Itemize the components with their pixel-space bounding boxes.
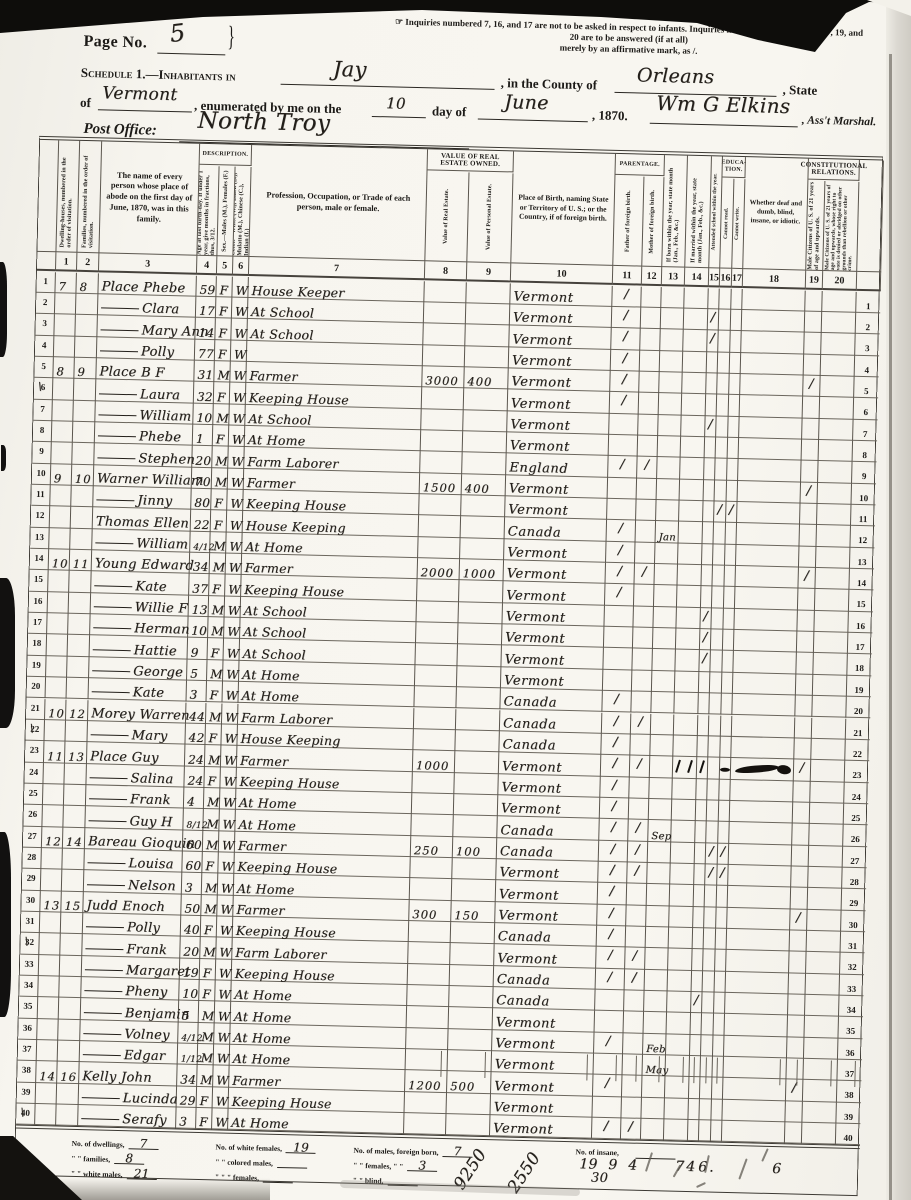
- cell-real-estate-value: [415, 665, 458, 687]
- handwritten-text: Vermont: [511, 396, 571, 412]
- handwritten-text: Vermont: [501, 802, 561, 818]
- cell-dwelling-number: [53, 378, 75, 400]
- cell-vote-denied: [810, 781, 845, 803]
- column-number-1: 1: [56, 252, 77, 272]
- affirmative-mark: /: [613, 735, 618, 750]
- cell-vote-denied: [814, 632, 849, 654]
- row-number: 14: [30, 553, 48, 563]
- column-label: Attended school within the year.: [712, 173, 720, 250]
- cell-family-number: [67, 656, 90, 678]
- cell-color: W: [220, 788, 237, 810]
- cell-personal-estate-value: 100: [453, 837, 498, 859]
- cell-color: W: [217, 895, 234, 917]
- cell-family-number: [71, 507, 94, 529]
- cell-family-number: [67, 678, 90, 700]
- cell-father-foreign: /: [602, 691, 632, 713]
- cell-personal-estate-value: [463, 410, 508, 432]
- row-number: 2: [856, 322, 880, 333]
- ditto-dash: [83, 1033, 121, 1035]
- cell-birth-month: [661, 308, 685, 330]
- column-header-3: The name of every person whose place of …: [99, 141, 200, 255]
- cell-birth-month: [644, 1012, 668, 1034]
- cell-vote-denied: [814, 611, 849, 633]
- cell-mother-foreign: /: [634, 564, 655, 586]
- cell-cannot-write: [723, 630, 735, 652]
- grid-stub: [716, 1058, 718, 1084]
- cell-age: 24: [185, 745, 206, 767]
- cell-age: 60: [183, 830, 204, 852]
- cell-birthplace: Canada: [497, 816, 599, 840]
- row-number-right: 10: [851, 483, 876, 505]
- cell-birthplace: Vermont: [496, 881, 598, 905]
- row-number-left: 23: [25, 741, 45, 763]
- row-number: 22: [845, 749, 869, 760]
- signature-underline: [650, 123, 798, 128]
- cell-real-estate-value: [421, 430, 464, 452]
- handwritten-text: 14: [39, 1069, 56, 1083]
- cell-birth-month: [645, 970, 669, 992]
- handwritten-text: W: [234, 348, 247, 362]
- cell-color: W: [217, 916, 234, 938]
- ditto-dash: [99, 393, 137, 395]
- handwritten-text: 9: [54, 471, 63, 485]
- cell-name: Clara: [98, 294, 196, 318]
- cell-cannot-write: /: [717, 865, 729, 887]
- column-label: Father of foreign birth.: [624, 190, 632, 252]
- cell-birthplace: Vermont: [509, 326, 611, 350]
- affirmative-mark: /: [729, 503, 734, 518]
- handwritten-text: Vermont: [505, 631, 565, 647]
- handwritten-text: W: [224, 753, 237, 767]
- handwritten-text: 20: [195, 453, 211, 467]
- cell-cannot-write: [731, 310, 743, 332]
- row-number-left: 12: [31, 506, 51, 528]
- cell-name: Young Edward: [92, 550, 190, 574]
- cell-sex: M: [208, 617, 225, 639]
- day-underline: [372, 116, 426, 118]
- grid-stub: [854, 1061, 856, 1087]
- handwritten-text: 10: [48, 706, 65, 720]
- cell-personal-estate-value: [455, 751, 500, 773]
- row-number: 12: [851, 535, 875, 546]
- cell-father-foreign: [603, 670, 633, 692]
- cell-color: W: [216, 959, 233, 981]
- row-number-right: 16: [848, 611, 873, 633]
- handwritten-text: 40: [184, 923, 200, 937]
- cell-deaf-dumb-blind: [737, 502, 801, 525]
- cell-birth-month: [656, 500, 680, 522]
- row-number-right: 15: [849, 590, 874, 612]
- cell-male-citizen: [802, 418, 820, 440]
- column-label: Male Citizens of U. S. of 21 years of ag…: [826, 181, 857, 271]
- handwritten-text: 34: [193, 560, 209, 574]
- cell-birthplace: Canada: [500, 710, 602, 734]
- cell-cannot-read: [704, 907, 717, 929]
- cell-mother-foreign: [633, 628, 654, 650]
- cell-attended-school: [690, 1013, 702, 1035]
- cell-attended-school: [693, 907, 705, 929]
- cell-birth-month: [651, 692, 675, 714]
- cell-birth-month: [646, 906, 670, 928]
- cell-male-citizen: /: [803, 375, 821, 397]
- cell-birth-month: [647, 884, 671, 906]
- cell-father-foreign: [603, 648, 633, 670]
- row-number-left: 40\: [16, 1104, 36, 1126]
- enumerator-check-mark: \: [20, 1106, 24, 1119]
- affirmative-mark: /: [806, 483, 811, 498]
- cell-personal-estate-value: [460, 538, 505, 560]
- cell-mother-foreign: [633, 606, 654, 628]
- cell-attended-school: /: [707, 330, 719, 352]
- summary-value: 7: [128, 1138, 158, 1150]
- handwritten-text: W: [221, 881, 234, 895]
- affirmative-mark: /: [635, 821, 640, 836]
- cell-age: 3: [176, 1108, 197, 1130]
- handwritten-text: At Home: [234, 1009, 292, 1025]
- cell-birthplace: Vermont: [496, 859, 598, 883]
- cell-married-month: [677, 565, 702, 587]
- cell-dwelling-number: 8: [53, 357, 75, 379]
- cell-sex: M: [203, 831, 220, 853]
- handwritten-text: Canada: [498, 930, 552, 946]
- cell-family-number: [73, 422, 96, 444]
- handwritten-text: Vermont: [510, 439, 570, 455]
- cell-personal-estate-value: [454, 794, 499, 816]
- cell-name: Frank: [86, 785, 184, 809]
- cell-male-citizen: [803, 397, 821, 419]
- column-tally-c12: 9: [608, 1157, 618, 1173]
- cell-vote-denied: [811, 760, 846, 782]
- cell-cannot-write: [716, 929, 728, 951]
- handwritten-text: At Home: [248, 432, 306, 448]
- handwritten-text: Vermont: [496, 1015, 556, 1031]
- handwritten-text: At Home: [233, 1030, 291, 1046]
- cell-vote-denied: [808, 888, 843, 910]
- cell-birthplace: Canada: [495, 923, 597, 947]
- cell-personal-estate-value: [454, 773, 499, 795]
- cell-male-citizen: [804, 333, 822, 355]
- cell-married-month: [671, 821, 696, 843]
- cell-color: W: [213, 1087, 230, 1109]
- cell-name: Benjamin: [81, 998, 179, 1022]
- cell-age: 22: [191, 510, 212, 532]
- cell-personal-estate-value: [451, 922, 496, 944]
- cell-age: 24: [184, 766, 205, 788]
- scan-black-edge-left: [1, 445, 6, 471]
- handwritten-text: Farmer: [247, 475, 296, 491]
- cell-attended-school: [695, 821, 707, 843]
- handwritten-text: F: [202, 987, 211, 1001]
- cell-cannot-write: [728, 416, 740, 438]
- cell-married-month: [664, 1120, 689, 1142]
- cell-age: 77: [195, 339, 216, 361]
- cell-vote-denied: [811, 739, 846, 761]
- handwritten-text: 24: [188, 752, 204, 766]
- cell-color: W: [218, 874, 235, 896]
- cell-age: 8/12: [183, 809, 204, 831]
- column-header-9: Value of Personal Estate.: [467, 172, 513, 263]
- cell-cannot-read: [703, 971, 716, 993]
- cell-mother-foreign: [637, 478, 658, 500]
- cell-name: Stephen: [94, 444, 192, 468]
- cell-deaf-dumb-blind: [729, 822, 793, 845]
- cell-family-number: 12: [66, 699, 89, 721]
- summary-value: 19: [286, 1142, 316, 1154]
- cell-birthplace: Vermont: [498, 774, 600, 798]
- row-number: 20: [27, 681, 45, 691]
- column-number-17: 17: [732, 269, 743, 288]
- cell-married-month: [680, 458, 705, 480]
- cell-married-month: [676, 607, 701, 629]
- handwritten-text: W: [231, 454, 244, 468]
- cell-married-month: [667, 1013, 692, 1035]
- cell-male-citizen: [793, 802, 811, 824]
- cell-vote-denied: [819, 419, 854, 441]
- ditto-dash: [100, 350, 138, 352]
- cell-color: W: [227, 490, 244, 512]
- cell-deaf-dumb-blind: [736, 523, 800, 546]
- affirmative-mark: /: [608, 927, 613, 942]
- cell-real-estate-value: [419, 516, 462, 538]
- person-name: Place B F: [99, 365, 165, 382]
- row-number-left: 27: [23, 826, 43, 848]
- row-number-left: 28: [22, 848, 42, 870]
- cell-dwelling-number: [54, 314, 76, 336]
- handwritten-text: 1: [196, 432, 204, 446]
- cell-male-citizen: /: [794, 760, 812, 782]
- handwritten-text: W: [235, 305, 248, 319]
- affirmative-mark: /: [637, 757, 642, 772]
- cell-personal-estate-value: [459, 581, 504, 603]
- ditto-dash: [94, 606, 132, 608]
- cell-birthplace: Canada: [505, 518, 607, 542]
- cell-age: 5: [187, 659, 208, 681]
- cell-male-citizen: [805, 290, 823, 312]
- handwritten-text: At Home: [238, 816, 296, 832]
- cell-male-citizen: [785, 1101, 803, 1123]
- affirmative-mark: /: [609, 884, 614, 899]
- handwritten-text: 16: [60, 1069, 77, 1083]
- cell-personal-estate-value: [453, 815, 498, 837]
- handwritten-text: W: [220, 924, 233, 938]
- cell-age: 10: [188, 617, 209, 639]
- cell-attended-school: /: [705, 416, 717, 438]
- handwritten-text: 1000: [463, 567, 497, 582]
- row-number-left: 18: [28, 634, 48, 656]
- cell-personal-estate-value: [457, 645, 502, 667]
- handwritten-text: Vermont: [501, 780, 561, 796]
- row-number: 7: [853, 428, 877, 439]
- cell-father-foreign: /: [606, 541, 636, 563]
- cell-color: W: [230, 361, 247, 383]
- cell-personal-estate-value: [461, 517, 506, 539]
- cell-sex: F: [201, 916, 218, 938]
- cell-color: W: [222, 682, 239, 704]
- column-header-4: Age at last birth-day. If under 1 year, …: [197, 166, 219, 256]
- cell-mother-foreign: [621, 1097, 642, 1119]
- row-number: 26: [24, 809, 42, 819]
- affirmative-mark: /: [635, 842, 640, 857]
- cell-cannot-read: [705, 886, 718, 908]
- cell-attended-school: [705, 437, 717, 459]
- cell-male-citizen: [796, 674, 814, 696]
- row-number-right: 7: [853, 419, 878, 441]
- cell-male-citizen: [798, 589, 816, 611]
- cell-male-citizen: /: [798, 568, 816, 590]
- handwritten-text: M: [212, 603, 225, 617]
- cell-father-foreign: /: [611, 349, 641, 371]
- cell-deaf-dumb-blind: [730, 779, 794, 802]
- cell-father-foreign: /: [599, 819, 629, 841]
- cell-attended-school: [702, 523, 714, 545]
- cell-deaf-dumb-blind: [728, 886, 792, 909]
- birth-month: Sep: [651, 831, 671, 842]
- cell-cannot-write: [731, 288, 743, 310]
- row-number-left: 24: [24, 762, 44, 784]
- cell-male-citizen: [794, 738, 812, 760]
- row-number: 20: [846, 706, 870, 717]
- cell-birthplace: Vermont: [495, 902, 597, 926]
- margin-number-cell: [37, 252, 56, 271]
- cell-attended-school: [698, 715, 710, 737]
- column-group-header: VALUE OF REAL ESTATE OWNED.: [428, 149, 514, 172]
- affirmative-mark: /: [621, 393, 626, 408]
- cell-name: Guy H: [85, 806, 183, 830]
- affirmative-mark: /: [618, 521, 623, 536]
- row-number-right: 27: [843, 846, 868, 868]
- cell-sex: F: [215, 340, 232, 362]
- cell-age: 9: [188, 638, 209, 660]
- cell-dwelling-number: 10: [49, 549, 71, 571]
- ditto-dash: [93, 649, 131, 651]
- row-number-right: 6: [854, 398, 879, 420]
- cell-male-citizen: [804, 354, 822, 376]
- handwritten-text: At School: [251, 304, 315, 321]
- cell-birthplace: Vermont: [508, 368, 610, 392]
- column-label: Cannot write.: [735, 207, 741, 240]
- handwritten-text: M: [203, 945, 216, 959]
- cell-cannot-write: [727, 480, 739, 502]
- cell-mother-foreign: [634, 585, 655, 607]
- ditto-dash: [98, 436, 136, 438]
- column-tally-c18: .: [709, 1160, 714, 1176]
- cell-deaf-dumb-blind: [739, 438, 803, 461]
- page-number-label: Page No.: [83, 33, 147, 53]
- cell-mother-foreign: /: [628, 841, 649, 863]
- cell-name: Salina: [86, 764, 184, 788]
- row-number: 7: [33, 403, 51, 413]
- handwritten-text: 44: [189, 710, 205, 724]
- of-label: of: [80, 95, 91, 111]
- handwritten-text: 20: [183, 944, 199, 958]
- row-number: 4: [35, 339, 53, 349]
- handwritten-text: 400: [467, 375, 492, 390]
- handwritten-text: 500: [450, 1079, 475, 1094]
- affirmative-mark: /: [617, 564, 622, 579]
- enumerator-check-mark: \: [24, 935, 28, 948]
- column-label: Age at last birth-day. If under 1 year, …: [197, 166, 219, 255]
- handwritten-text: W: [220, 902, 233, 916]
- cell-cannot-read: [715, 459, 728, 481]
- cell-family-number: [69, 571, 92, 593]
- cell-mother-foreign: /: [627, 862, 648, 884]
- column-label: Value of Real Estate.: [443, 189, 451, 244]
- affirmative-mark: /: [613, 756, 618, 771]
- column-label: If born within the year, state month (Ja…: [667, 160, 683, 262]
- cell-sex: M: [202, 873, 219, 895]
- cell-sex: F: [196, 1108, 213, 1130]
- cell-deaf-dumb-blind: [740, 395, 804, 418]
- handwritten-text: F: [218, 326, 227, 340]
- cell-male-citizen: [805, 311, 823, 333]
- handwritten-text: F: [205, 859, 214, 873]
- cell-name: Mary: [87, 721, 185, 745]
- cell-sex: M: [210, 532, 227, 554]
- cell-name: Morey Warren: [88, 700, 186, 724]
- cell-cannot-read: [709, 715, 722, 737]
- handwritten-text: 42: [188, 731, 204, 745]
- cell-married-month: [670, 885, 695, 907]
- cell-sex: M: [201, 895, 218, 917]
- cell-sex: F: [216, 276, 233, 298]
- handwritten-text: 9: [77, 365, 86, 379]
- cell-deaf-dumb-blind: [726, 972, 790, 995]
- cell-father-foreign: [604, 606, 634, 628]
- row-number-left: 35: [19, 997, 39, 1019]
- cell-age: 59: [196, 275, 217, 297]
- cell-dwelling-number: [50, 507, 72, 529]
- column-number-6: 6: [233, 257, 249, 276]
- affirmative-mark: /: [617, 585, 622, 600]
- column-tally-c11: 19: [579, 1156, 598, 1172]
- handwritten-text: F: [204, 923, 213, 937]
- row-number: 31: [21, 916, 39, 926]
- column-header-12: Mother of foreign birth.: [642, 177, 664, 267]
- handwritten-text: At Home: [237, 881, 295, 897]
- cell-cannot-write: [717, 886, 729, 908]
- cell-male-citizen: [802, 439, 820, 461]
- cell-vote-denied: [822, 291, 857, 313]
- handwritten-text: 19: [183, 966, 199, 980]
- cell-attended-school: /: [700, 608, 712, 630]
- affirmative-mark: /: [644, 458, 649, 473]
- cell-age: 10: [193, 403, 214, 425]
- handwritten-text: England: [509, 460, 568, 476]
- cell-dwelling-number: 12: [42, 827, 64, 849]
- cell-dwelling-number: [48, 592, 70, 614]
- cell-age: 37: [189, 574, 210, 596]
- month-value: June: [504, 91, 549, 114]
- cell-attended-school: [707, 352, 719, 374]
- cell-mother-foreign: [629, 798, 650, 820]
- cell-dwelling-number: [48, 571, 70, 593]
- cell-dwelling-number: [41, 869, 63, 891]
- cell-age: 44: [186, 702, 207, 724]
- cell-deaf-dumb-blind: [735, 566, 799, 589]
- cell-deaf-dumb-blind: [739, 417, 803, 440]
- cell-cannot-read: [707, 800, 720, 822]
- cell-deaf-dumb-blind: [732, 694, 796, 717]
- affirmative-mark: /: [800, 761, 805, 776]
- cell-family-number: [74, 379, 97, 401]
- affirmative-mark: /: [694, 993, 699, 1008]
- handwritten-text: W: [225, 710, 238, 724]
- column-label: Cannot read.: [724, 207, 730, 238]
- column-number-14: 14: [685, 268, 709, 288]
- cell-cannot-read: /: [706, 843, 719, 865]
- cell-cannot-read: [716, 437, 729, 459]
- cell-father-foreign: /: [612, 307, 642, 329]
